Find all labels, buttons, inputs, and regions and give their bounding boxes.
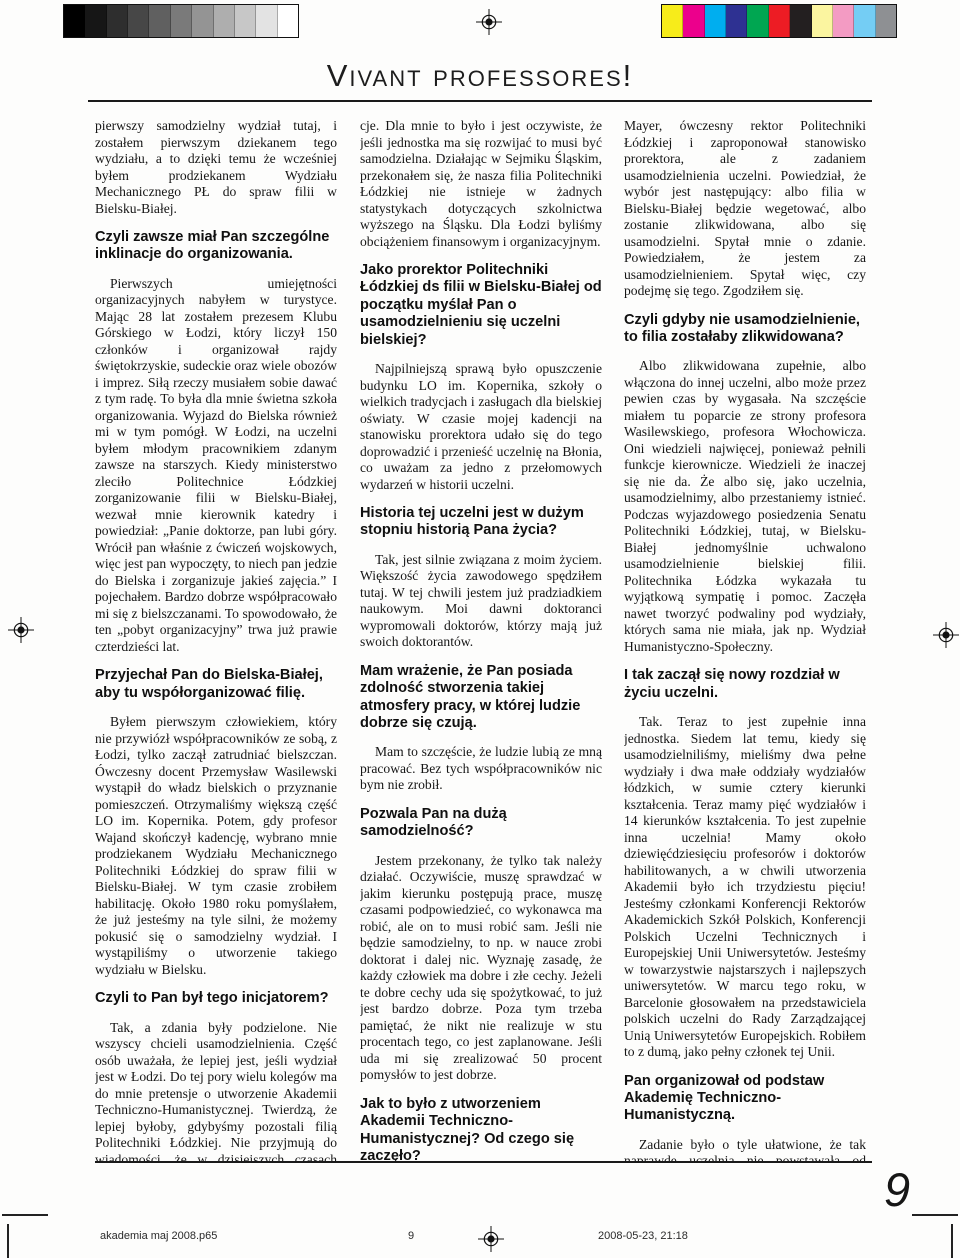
question-paragraph: Jak to było z utworzeniem Akademii Techn…: [360, 1096, 602, 1162]
slug-filename: akademia maj 2008.p65: [100, 1230, 217, 1242]
color-swatch: [235, 5, 256, 37]
answer-paragraph: Zadanie było o tyle ułatwione, że tak na…: [624, 1137, 866, 1162]
color-swatch: [64, 5, 85, 37]
answer-paragraph: Tak, a zdania były podzielone. Nie wszys…: [95, 1020, 337, 1162]
color-calibration-bar: [661, 4, 897, 38]
question-paragraph: Czyli zawsze miał Pan szczególne inklina…: [95, 229, 337, 264]
article-column-3: Mayer, ówczesny rektor Politechniki Łódz…: [624, 118, 866, 1162]
color-swatch: [662, 5, 683, 37]
answer-paragraph: Mayer, ówczesny rektor Politechniki Łódz…: [624, 118, 866, 300]
color-swatch: [683, 5, 704, 37]
answer-paragraph: Tak. Teraz to jest zupełnie inna jednost…: [624, 714, 866, 1061]
registration-mark-icon: [476, 9, 502, 35]
color-swatch: [812, 5, 833, 37]
question-paragraph: Historia tej uczelni jest w dużym stopni…: [360, 505, 602, 540]
answer-paragraph: Albo zlikwidowana zupełnie, albo włączon…: [624, 358, 866, 655]
color-swatch: [214, 5, 235, 37]
question-paragraph: Jako prorektor Politechniki Łódzkiej ds …: [360, 262, 602, 349]
answer-paragraph: pierwszy samodzielny wydział tutaj, i zo…: [95, 118, 337, 217]
color-swatch: [854, 5, 875, 37]
color-swatch: [149, 5, 170, 37]
color-swatch: [256, 5, 277, 37]
question-paragraph: Pozwala Pan na dużą samodzielność?: [360, 806, 602, 841]
question-paragraph: Pan organizował od podstaw Akademię Tech…: [624, 1073, 866, 1125]
answer-paragraph: Najpilniejszą sprawą było opuszczenie bu…: [360, 361, 602, 493]
answer-paragraph: Byłem pierwszym człowiekiem, który nie p…: [95, 714, 337, 978]
page-title: Vivant professores!: [0, 58, 960, 94]
page-number: 9: [884, 1162, 910, 1217]
article-column-1: pierwszy samodzielny wydział tutaj, i zo…: [95, 118, 337, 1162]
question-paragraph: Czyli to Pan był tego inicjatorem?: [95, 990, 337, 1007]
color-swatch: [107, 5, 128, 37]
color-swatch: [790, 5, 811, 37]
slug-datetime: 2008-05-23, 21:18: [598, 1230, 688, 1242]
color-swatch: [876, 5, 896, 37]
answer-paragraph: Mam to szczęście, że ludzie lubią ze mną…: [360, 744, 602, 794]
crop-mark: [912, 1214, 958, 1216]
color-swatch: [171, 5, 192, 37]
question-paragraph: I tak zaczął się nowy rozdział w życiu u…: [624, 667, 866, 702]
registration-mark-icon: [8, 617, 34, 643]
question-paragraph: Mam wrażenie, że Pan posiada zdolność st…: [360, 663, 602, 733]
registration-mark-icon: [478, 1226, 504, 1252]
question-paragraph: Przyjechał Pan do Bielska-Białej, aby tu…: [95, 667, 337, 702]
registration-mark-icon: [933, 622, 959, 648]
question-paragraph: Czyli gdyby nie usamodzielnienie, to fil…: [624, 312, 866, 347]
answer-paragraph: Pierwszych umiejętności organizacyjnych …: [95, 276, 337, 656]
crop-mark: [951, 1224, 953, 1258]
color-swatch: [85, 5, 106, 37]
color-swatch: [128, 5, 149, 37]
color-swatch: [769, 5, 790, 37]
answer-paragraph: cje. Dla mnie to było i jest oczywiste, …: [360, 118, 602, 250]
slug-page-number: 9: [408, 1230, 414, 1242]
color-swatch: [833, 5, 854, 37]
color-swatch: [726, 5, 747, 37]
color-swatch: [705, 5, 726, 37]
answer-paragraph: Tak, jest silnie związana z moim życiem.…: [360, 552, 602, 651]
title-rule: [88, 100, 872, 102]
article-column-2: cje. Dla mnie to było i jest oczywiste, …: [360, 118, 602, 1162]
color-swatch: [747, 5, 768, 37]
color-swatch: [278, 5, 298, 37]
color-swatch: [192, 5, 213, 37]
magazine-page: Vivant professores! pierwszy samodzielny…: [0, 0, 960, 1258]
crop-mark: [7, 1224, 9, 1258]
grayscale-calibration-bar: [63, 4, 299, 38]
bottom-rule: [95, 1161, 872, 1163]
answer-paragraph: Jestem przekonany, że tylko tak należy d…: [360, 853, 602, 1084]
crop-mark: [2, 1214, 48, 1216]
